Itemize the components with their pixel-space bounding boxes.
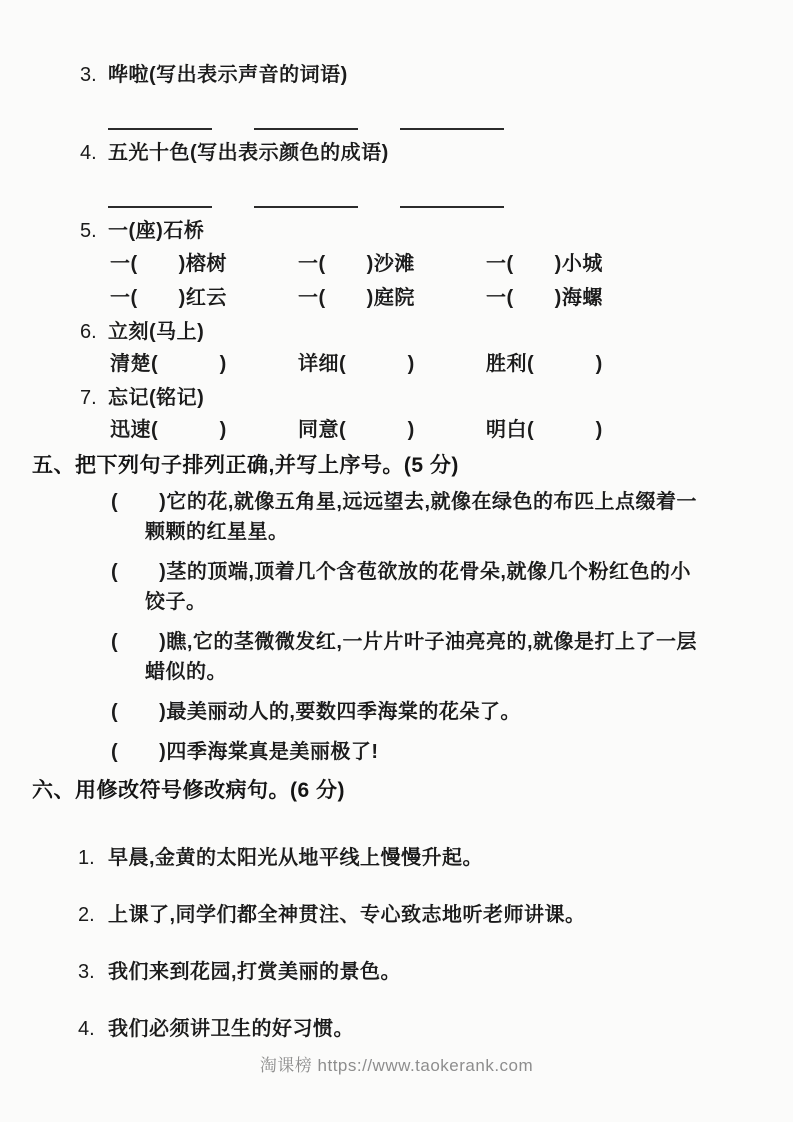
word-fill-cell: 同意( ) [298,417,486,443]
answer-paren-slot: ( ) [111,631,166,653]
word-fill-row: 清楚( ) 详细( ) 胜利( ) [0,351,793,377]
question-item-4: 4.五光十色(写出表示颜色的成语) [0,140,793,166]
sentence-text: 它的花,就像五角星,远远望去,就像在绿色的布匹上点缀着一颗颗的红星星。 [145,491,697,543]
sentence-text: 茎的顶端,顶着几个含苞欲放的花骨朵,就像几个粉红色的小饺子。 [145,561,691,613]
question-item-5: 5.一(座)石桥 [0,218,793,244]
sentence-text: 最美丽动人的,要数四季海棠的花朵了。 [166,701,521,723]
ordering-sentence: ( )四季海棠真是美丽极了! [0,737,703,767]
sentence-text: 我们必须讲卫生的好习惯。 [108,1018,354,1040]
question-number: 7. [80,385,108,411]
sentence-text: 我们来到花园,打赏美丽的景色。 [108,961,401,983]
question-number: 4. [80,140,108,166]
sentence-text: 上课了,同学们都全神贯注、专心致志地听老师讲课。 [108,904,586,926]
answer-paren-slot: ( ) [111,491,166,513]
exam-page: 3.哗啦(写出表示声音的词语) 4.五光十色(写出表示颜色的成语) 5.一(座)… [0,0,793,1122]
question-item-3: 3.哗啦(写出表示声音的词语) [0,62,793,88]
answer-blank [400,116,504,130]
word-fill-cell: 一( )红云 [110,285,298,311]
question-text: 忘记(铭记) [108,387,204,409]
sentence-correction-list: 1.早晨,金黄的太阳光从地平线上慢慢升起。 2.上课了,同学们都全神贯注、专心致… [0,843,793,1044]
sentence-ordering-list: ( )它的花,就像五角星,远远望去,就像在绿色的布匹上点缀着一颗颗的红星星。 (… [0,487,793,767]
question-text: 五光十色(写出表示颜色的成语) [108,142,389,164]
ordering-sentence: ( )瞧,它的茎微微发红,一片片叶子油亮亮的,就像是打上了一层蜡似的。 [0,627,703,687]
word-fill-cell: 明白( ) [486,417,793,443]
correction-sentence: 4.我们必须讲卫生的好习惯。 [0,1014,793,1044]
word-fill-cell: 一( )榕树 [110,251,298,277]
word-fill-cell: 胜利( ) [486,351,793,377]
word-fill-row: 一( )红云 一( )庭院 一( )海螺 [0,285,793,311]
question-number: 6. [80,319,108,345]
sentence-text: 瞧,它的茎微微发红,一片片叶子油亮亮的,就像是打上了一层蜡似的。 [145,631,697,683]
answer-blanks-row [0,116,793,130]
answer-blank [254,194,358,208]
word-fill-cell: 一( )小城 [486,251,793,277]
watermark-text: 淘课榜 https://www.taokerank.com [260,1056,533,1075]
question-text: 哗啦(写出表示声音的词语) [108,64,348,86]
answer-paren-slot: ( ) [111,741,166,763]
answer-paren-slot: ( ) [111,561,166,583]
question-number: 3. [80,62,108,88]
word-fill-cell: 一( )沙滩 [298,251,486,277]
question-number: 5. [80,218,108,244]
question-text: 一(座)石桥 [108,220,204,242]
word-fill-cell: 清楚( ) [110,351,298,377]
answer-blank [108,116,212,130]
word-fill-row: 迅速( ) 同意( ) 明白( ) [0,417,793,443]
answer-blank [254,116,358,130]
answer-blanks-row [0,194,793,208]
word-fill-cell: 一( )海螺 [486,285,793,311]
answer-blank [108,194,212,208]
question-item-6: 6.立刻(马上) [0,319,793,345]
sentence-number: 3. [78,957,108,987]
correction-sentence: 1.早晨,金黄的太阳光从地平线上慢慢升起。 [0,843,793,873]
question-item-7: 7.忘记(铭记) [0,385,793,411]
ordering-sentence: ( )最美丽动人的,要数四季海棠的花朵了。 [0,697,703,727]
sentence-number: 4. [78,1014,108,1044]
answer-blank [400,194,504,208]
section-five-heading: 五、把下列句子排列正确,并写上序号。(5 分) [0,452,793,480]
word-fill-cell: 一( )庭院 [298,285,486,311]
sentence-number: 2. [78,900,108,930]
ordering-sentence: ( )它的花,就像五角星,远远望去,就像在绿色的布匹上点缀着一颗颗的红星星。 [0,487,703,547]
ordering-sentence: ( )茎的顶端,顶着几个含苞欲放的花骨朵,就像几个粉红色的小饺子。 [0,557,703,617]
correction-sentence: 3.我们来到花园,打赏美丽的景色。 [0,957,793,987]
section-six-heading: 六、用修改符号修改病句。(6 分) [0,777,793,805]
correction-sentence: 2.上课了,同学们都全神贯注、专心致志地听老师讲课。 [0,900,793,930]
word-fill-cell: 迅速( ) [110,417,298,443]
question-text: 立刻(马上) [108,321,204,343]
footer-watermark: 淘课榜 https://www.taokerank.com [0,1051,793,1076]
answer-paren-slot: ( ) [111,701,166,723]
exam-content: 3.哗啦(写出表示声音的词语) 4.五光十色(写出表示颜色的成语) 5.一(座)… [0,0,793,1044]
word-fill-row: 一( )榕树 一( )沙滩 一( )小城 [0,251,793,277]
word-fill-cell: 详细( ) [298,351,486,377]
sentence-text: 早晨,金黄的太阳光从地平线上慢慢升起。 [108,847,483,869]
sentence-number: 1. [78,843,108,873]
sentence-text: 四季海棠真是美丽极了! [166,741,378,763]
